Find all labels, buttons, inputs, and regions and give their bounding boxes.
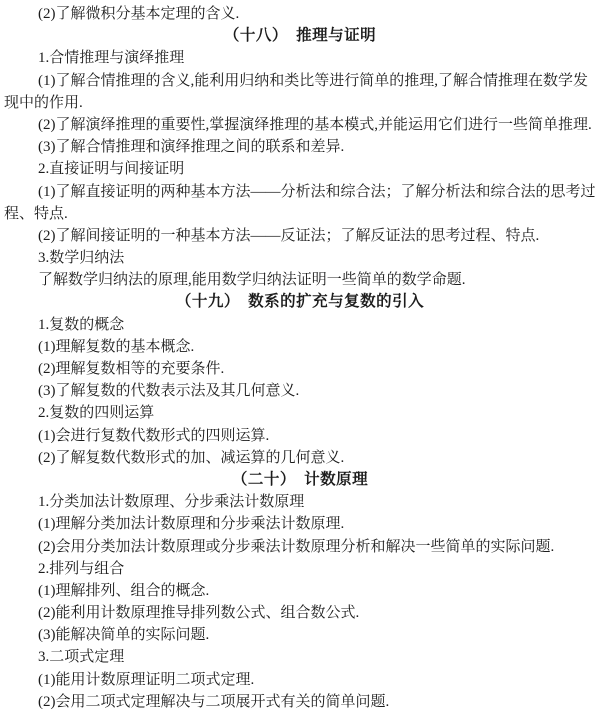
text-line: (2)会用二项式定理解决与二项展开式有关的简单问题. xyxy=(4,691,596,711)
text-line: 2.排列与组合 xyxy=(4,558,596,580)
text-line: 1.复数的概念 xyxy=(4,314,596,336)
text-line: (2)了解微积分基本定理的含义. xyxy=(4,3,596,25)
text-line: (1)能用计数原理证明二项式定理. xyxy=(4,669,596,691)
text-line: 现中的作用. xyxy=(4,92,596,114)
text-line: (2)理解复数相等的充要条件. xyxy=(4,358,596,380)
text-line: 3.二项式定理 xyxy=(4,646,596,668)
text-line: (3)能解决简单的实际问题. xyxy=(4,624,596,646)
text-line: (1)会进行复数代数形式的四则运算. xyxy=(4,425,596,447)
text-line: (3)了解合情推理和演绎推理之间的联系和差异. xyxy=(4,136,596,158)
text-line: (2)了解复数代数形式的加、减运算的几何意义. xyxy=(4,447,596,469)
text-line: (1)理解分类加法计数原理和分步乘法计数原理. xyxy=(4,513,596,535)
text-line: (1)理解排列、组合的概念. xyxy=(4,580,596,602)
text-line: (1)了解直接证明的两种基本方法——分析法和综合法；了解分析法和综合法的思考过 xyxy=(4,181,596,203)
text-line: (2)了解演绎推理的重要性,掌握演绎推理的基本模式,并能运用它们进行一些简单推理… xyxy=(4,114,596,136)
text-line: (2)了解间接证明的一种基本方法——反证法；了解反证法的思考过程、特点. xyxy=(4,225,596,247)
text-line: (3)了解复数的代数表示法及其几何意义. xyxy=(4,380,596,402)
document-page: (2)了解微积分基本定理的含义.（十八） 推理与证明1.合情推理与演绎推理(1)… xyxy=(0,0,600,711)
text-line: 了解数学归纳法的原理,能用数学归纳法证明一些简单的数学命题. xyxy=(4,269,596,291)
section-heading: （二十） 计数原理 xyxy=(4,469,596,491)
text-line: (1)了解合情推理的含义,能利用归纳和类比等进行简单的推理,了解合情推理在数学发 xyxy=(4,70,596,92)
text-line: (1)理解复数的基本概念. xyxy=(4,336,596,358)
text-line: 程、特点. xyxy=(4,203,596,225)
text-line: (2)会用分类加法计数原理或分步乘法计数原理分析和解决一些简单的实际问题. xyxy=(4,536,596,558)
section-heading: （十八） 推理与证明 xyxy=(4,25,596,47)
text-line: 1.合情推理与演绎推理 xyxy=(4,47,596,69)
text-line: (2)能利用计数原理推导排列数公式、组合数公式. xyxy=(4,602,596,624)
document-body: (2)了解微积分基本定理的含义.（十八） 推理与证明1.合情推理与演绎推理(1)… xyxy=(0,0,600,711)
text-line: 1.分类加法计数原理、分步乘法计数原理 xyxy=(4,491,596,513)
text-line: 3.数学归纳法 xyxy=(4,247,596,269)
text-line: 2.直接证明与间接证明 xyxy=(4,158,596,180)
section-heading: （十九） 数系的扩充与复数的引入 xyxy=(4,291,596,313)
text-line: 2.复数的四则运算 xyxy=(4,402,596,424)
